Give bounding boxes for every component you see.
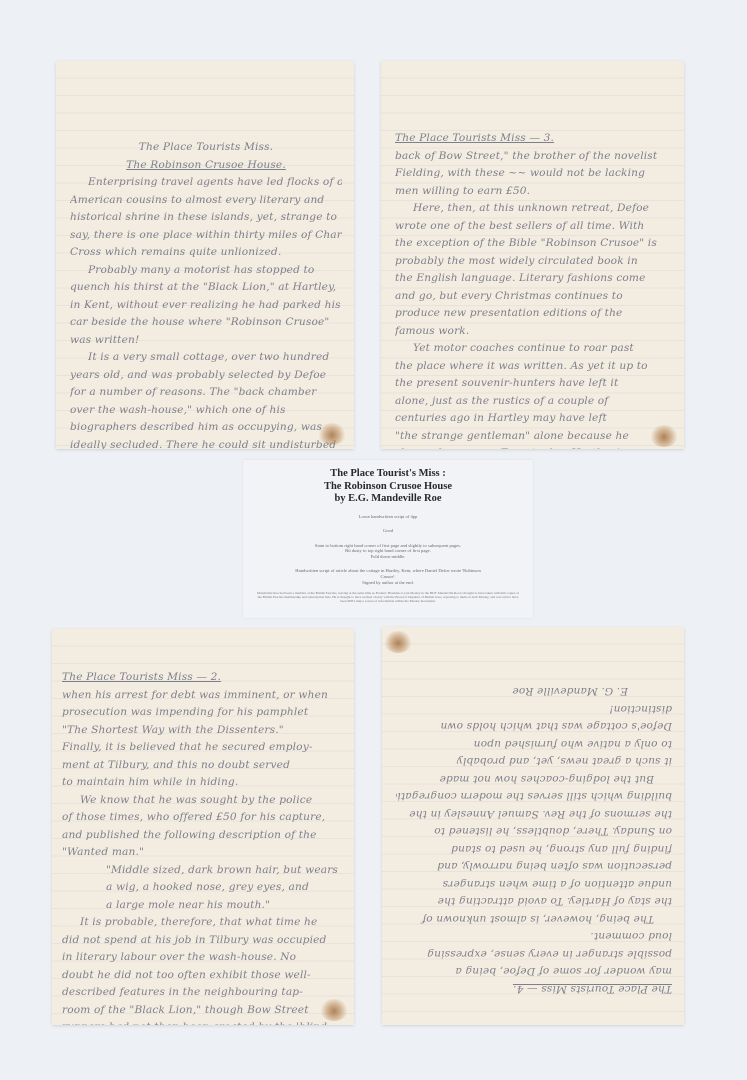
- text-line: alone, just as the rustics of a couple o…: [395, 393, 672, 411]
- text-line: probably the most widely circulated book…: [395, 253, 672, 271]
- text-line: the stay of Hartley. To avoid attracting…: [396, 892, 672, 910]
- text-line: historical shrine in these islands, yet,…: [70, 209, 342, 227]
- handwritten-text: The Place Tourists Miss — 3. back of Bow…: [395, 130, 672, 449]
- text-line: and go, but every Christmas continues to: [395, 288, 672, 306]
- article-title: The Robinson Crusoe House.: [70, 157, 342, 175]
- text-line: the place where it was written. As yet i…: [395, 358, 672, 376]
- manuscript-page-2: The Place Tourists Miss — 2. when his ar…: [52, 629, 354, 1025]
- description-line: Signed by author at the end.: [243, 580, 533, 586]
- text-line: Fielding, with these ~~ would not be lac…: [395, 165, 672, 183]
- manuscript-page-1: The Place Tourists Miss. The Robinson Cr…: [56, 61, 354, 449]
- page-heading: The Place Tourists Miss — 4.: [396, 980, 672, 998]
- footnote-text: Mandeville Roe had been a member of the …: [257, 591, 519, 603]
- manuscript-page-4: The Place Tourists Miss — 4. may wonder …: [382, 627, 684, 1025]
- text-line: famous work.: [395, 323, 672, 341]
- stain-mark: [650, 425, 678, 447]
- text-line: to only a native who furnished upon: [396, 735, 672, 753]
- text-line: room of the "Black Lion," though Bow Str…: [62, 1002, 342, 1020]
- text-line: distinction!: [396, 700, 672, 718]
- text-line: say, there is one place within thirty mi…: [70, 227, 342, 245]
- text-line: American cousins to almost every literar…: [70, 192, 342, 210]
- text-line: Defoe's cottage was that which holds own: [396, 717, 672, 735]
- text-line: back of Bow Street," the brother of the …: [395, 148, 672, 166]
- text-line: for a number of reasons. The "back chamb…: [70, 384, 342, 402]
- text-line: finding full any strong, he used to stan…: [396, 840, 672, 858]
- text-line: undue attention of a time when strangers: [396, 875, 672, 893]
- text-line: shunned company. Even to-day, Hartley is: [395, 445, 672, 449]
- handwritten-text-inverted: The Place Tourists Miss — 4. may wonder …: [396, 697, 672, 997]
- text-line: in literary labour over the wash-house. …: [62, 949, 342, 967]
- card-title: The Place Tourist's Miss : The Robinson …: [243, 468, 533, 506]
- text-line: Enterprising travel agents have led floc…: [70, 174, 342, 192]
- text-line: the English language. Literary fashions …: [395, 270, 672, 288]
- text-line: and published the following description …: [62, 827, 342, 845]
- text-line: Finally, it is believed that he secured …: [62, 739, 342, 757]
- text-line: doubt he did not too often exhibit those…: [62, 967, 342, 985]
- text-line: on Sunday. There, doubtless, he listened…: [396, 822, 672, 840]
- text-line: It is probable, therefore, that what tim…: [62, 914, 342, 932]
- text-line: "the strange gentleman" alone because he: [395, 428, 672, 446]
- card-author-line: by E.G. Mandeville Roe: [243, 493, 533, 506]
- stain-mark: [318, 423, 346, 445]
- text-line: But the lodging-coaches how not made: [396, 770, 672, 788]
- text-line: It is a very small cottage, over two hun…: [70, 349, 342, 367]
- text-line: was written!: [70, 332, 342, 350]
- handwritten-text: The Place Tourists Miss. The Robinson Cr…: [70, 139, 342, 449]
- card-title-line: The Robinson Crusoe House: [243, 481, 533, 494]
- text-line: a large mole near his mouth.": [62, 897, 342, 915]
- text-line: Cross which remains quite unlionized.: [70, 244, 342, 262]
- text-line: men willing to earn £50.: [395, 183, 672, 201]
- text-line: may wonder for some of Defoe, being a: [396, 962, 672, 980]
- stain-mark: [320, 999, 348, 1021]
- text-line: "Middle sized, dark brown hair, but wear…: [62, 862, 342, 880]
- text-line: of those times, who offered £50 for his …: [62, 809, 342, 827]
- text-line: quench his thirst at the "Black Lion," a…: [70, 279, 342, 297]
- text-line: prosecution was impending for his pamphl…: [62, 704, 342, 722]
- text-line: it such a great news, yet, and probably: [396, 752, 672, 770]
- text-line: car beside the house where "Robinson Cru…: [70, 314, 342, 332]
- text-line: described features in the neighbouring t…: [62, 984, 342, 1002]
- text-line: when his arrest for debt was imminent, o…: [62, 687, 342, 705]
- text-line: in Kent, without ever realizing he had p…: [70, 297, 342, 315]
- text-line: Yet motor coaches continue to roar past: [395, 340, 672, 358]
- text-line: biographers described him as occupying, …: [70, 419, 342, 437]
- text-line: building which still serves the modern c…: [396, 787, 672, 805]
- text-line: the exception of the Bible "Robinson Cru…: [395, 235, 672, 253]
- text-line: loud comment.: [396, 927, 672, 945]
- text-line: centuries ago in Hartley may have left: [395, 410, 672, 428]
- text-line: "The Shortest Way with the Dissenters.": [62, 722, 342, 740]
- text-line: ment at Tilbury, and this no doubt serve…: [62, 757, 342, 775]
- description-card: The Place Tourist's Miss : The Robinson …: [243, 460, 533, 618]
- text-line: Probably many a motorist has stopped to: [70, 262, 342, 280]
- text-line: the present souvenir-hunters have left i…: [395, 375, 672, 393]
- text-line: The being, however, is almost unknown of: [396, 910, 672, 928]
- text-line: years old, and was probably selected by …: [70, 367, 342, 385]
- text-line: We know that he was sought by the police: [62, 792, 342, 810]
- handwritten-text: The Place Tourists Miss — 2. when his ar…: [62, 669, 342, 1025]
- text-line: to maintain him while in hiding.: [62, 774, 342, 792]
- condition-text: Good: [243, 528, 533, 534]
- format-text: Loose handwritten script of 4pp: [243, 514, 533, 520]
- text-line: Here, then, at this unknown retreat, Def…: [395, 200, 672, 218]
- text-line: possible stranger in every sense, expres…: [396, 945, 672, 963]
- text-line: produce new presentation editions of the: [395, 305, 672, 323]
- text-line: "Wanted man.": [62, 844, 342, 862]
- page-heading: The Place Tourists Miss.: [70, 139, 342, 157]
- text-line: a wig, a hooked nose, grey eyes, and: [62, 879, 342, 897]
- stain-mark: [384, 631, 412, 653]
- condition-notes: Stain to bottom right hand corner of fir…: [243, 543, 533, 560]
- page-heading: The Place Tourists Miss — 3.: [395, 130, 672, 148]
- text-line: persecution was often being narrowly, an…: [396, 857, 672, 875]
- manuscript-page-3: The Place Tourists Miss — 3. back of Bow…: [381, 61, 684, 449]
- description-text: Handwritten script of article about the …: [243, 568, 533, 585]
- text-line: the sermons of the Rev. Samuel Annesley …: [396, 805, 672, 823]
- text-line: did not spend at his job in Tilbury was …: [62, 932, 342, 950]
- text-line: runners had not then been created by the…: [62, 1019, 342, 1025]
- page-heading: The Place Tourists Miss — 2.: [62, 669, 342, 687]
- text-line: wrote one of the best sellers of all tim…: [395, 218, 672, 236]
- condition-note: Fold down middle.: [243, 554, 533, 560]
- text-line: over the wash-house," which one of his: [70, 402, 342, 420]
- card-title-line: The Place Tourist's Miss :: [243, 468, 533, 481]
- author-signature: E. G. Mandeville Roe: [396, 682, 672, 700]
- text-line: ideally secluded. There he could sit und…: [70, 437, 342, 450]
